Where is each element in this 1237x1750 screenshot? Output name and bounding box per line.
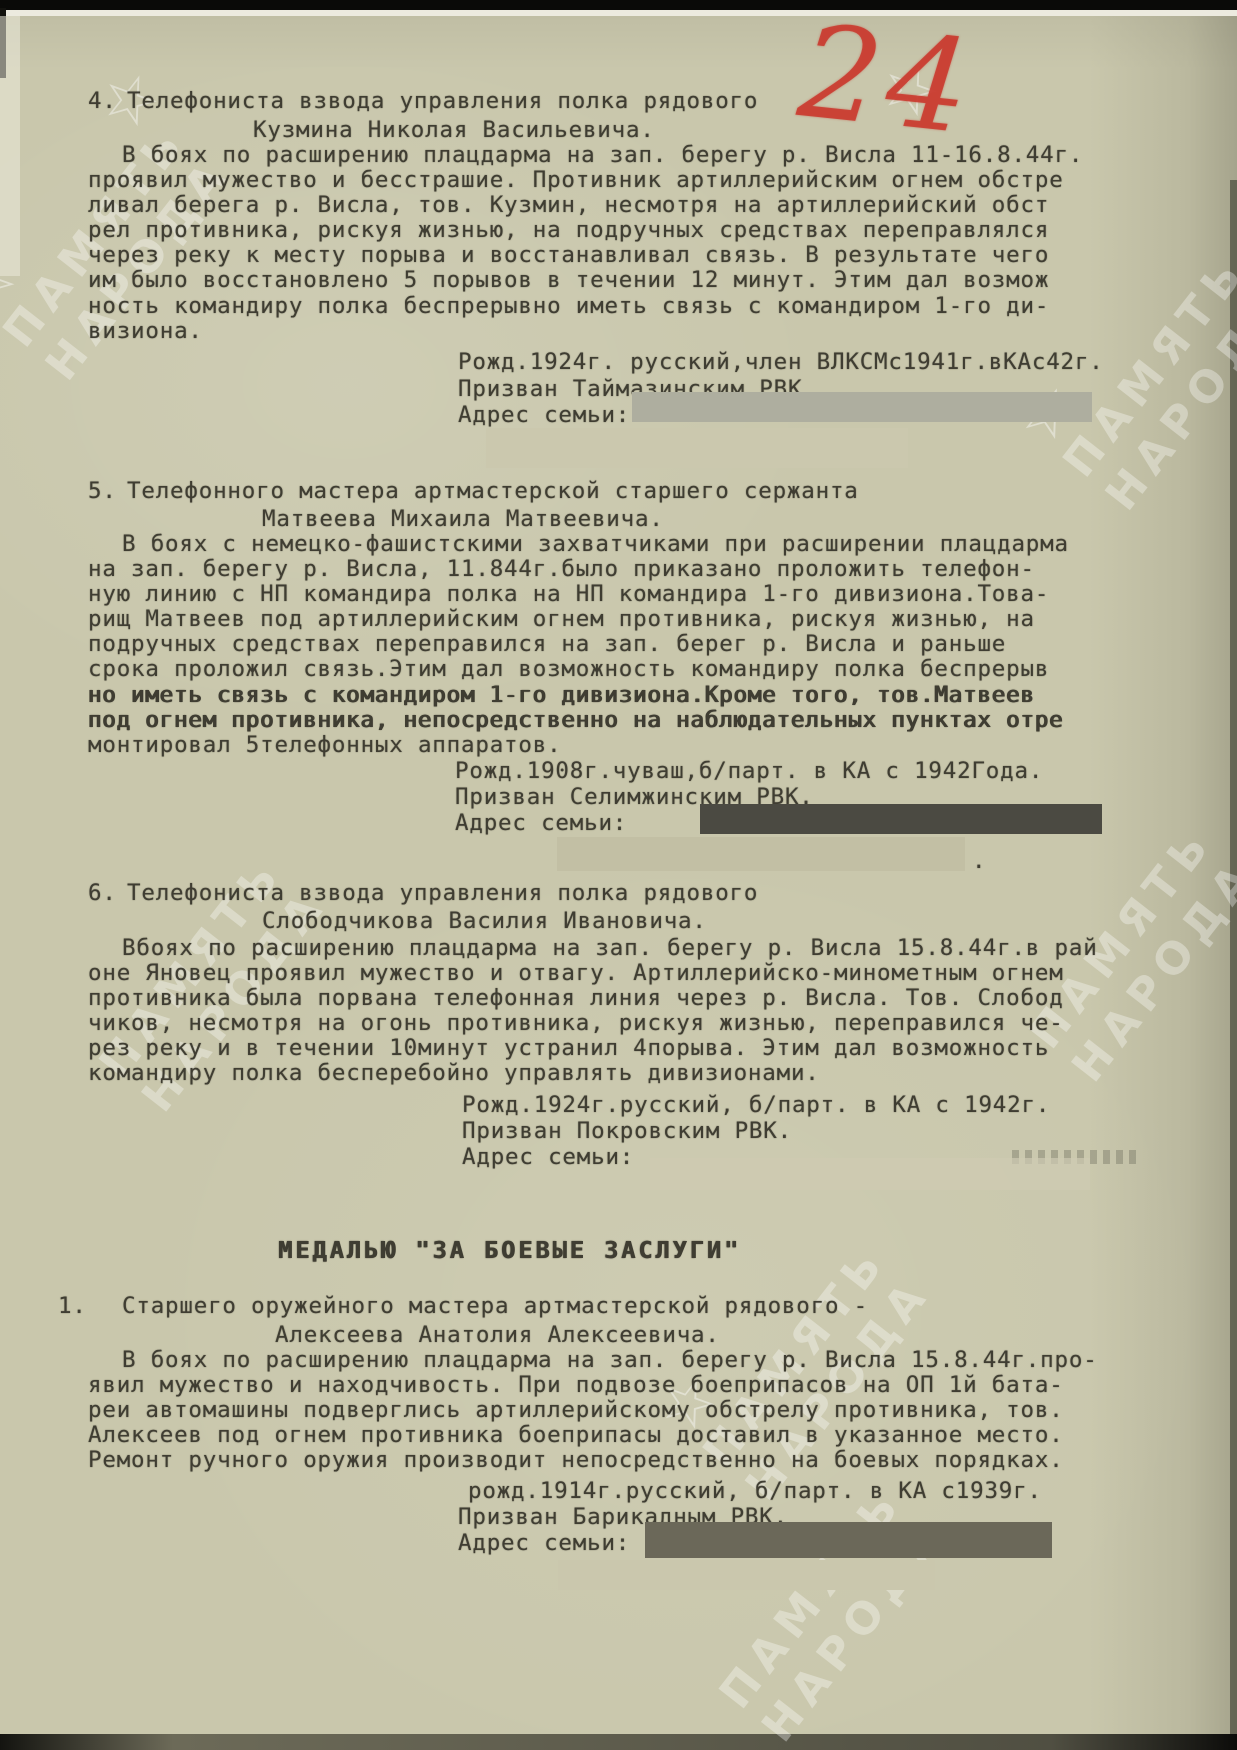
body-line: В боях по расширению плацдарма на зап. б… [88,143,1148,168]
section-body: В боях по расширению плацдарма на зап. б… [88,143,1148,344]
awardee-name: Матвеева Михаила Матвеевича. [262,506,664,532]
body-line: командиру полка бесперебойно управлять д… [88,1061,1148,1086]
body-line: реи автомашины подверглись артиллерийско… [88,1398,1148,1423]
body-line: срока проложил связь.Этим дал возможност… [88,657,1148,682]
birth-line: Рожд.1924г. русский,член ВЛКСМс1941г.вКА… [458,349,1104,375]
body-line: на зап. берегу р. Висла, 11.844г.было пр… [88,557,1148,582]
awardee-name: Алексеева Анатолия Алексеевича. [275,1322,720,1348]
body-line: оне Яновец проявил мужество и отвагу. Ар… [88,961,1148,986]
scan-edge-left-light [0,16,20,276]
body-line: противника была порвана телефонная линия… [88,986,1148,1011]
body-line: В боях по расширению плацдарма на зап. б… [88,1348,1148,1373]
body-line: но иметь связь с командиром 1-го дивизио… [88,683,1148,708]
body-line: рищ Матвеев под артиллерийским огнем про… [88,607,1148,632]
body-line: ность командиру полка беспрерывно иметь … [88,294,1148,319]
scanned-document-page: ☆ ПАМЯТЬ НАРОДА ☆ ☆ ☆ ПАМЯТЬ НАРОДА ПАМЯ… [0,0,1237,1750]
body-line: Вбоях по расширению плацдарма на зап. бе… [88,936,1148,961]
body-line: ливал берега р. Висла, тов. Кузмин, несм… [88,193,1148,218]
address-label: Адрес семьи: [458,1530,630,1556]
redaction-bar [700,804,1102,834]
scan-edge-top [0,0,1237,10]
section-title: Телефониста взвода управления полка рядо… [127,88,758,114]
section-number: 1. [58,1293,87,1319]
redaction-bar-faded [650,1158,1090,1190]
section-title: Телефониста взвода управления полка рядо… [127,880,758,906]
awardee-name: Слободчикова Василия Ивановича. [262,908,707,934]
birth-line: Рожд.1924г.русский, б/парт. в КА с 1942г… [462,1092,1050,1118]
awardee-name: Кузмина Николая Васильевича. [253,117,655,143]
body-line: монтировал 5телефонных аппаратов. [88,733,1148,758]
birth-line: Рожд.1908г.чуваш,б/парт. в КА с 1942Года… [455,758,1043,784]
body-line: визиона. [88,319,1148,344]
section-body: В боях с немецко-фашистскими захватчикам… [88,532,1148,758]
body-line: явил мужество и находчивость. При подвоз… [88,1373,1148,1398]
body-line: проявил мужество и бесстрашие. Противник… [88,168,1148,193]
body-line: В боях с немецко-фашистскими захватчикам… [88,532,1148,557]
redaction-bar [558,1560,935,1590]
address-label: Адрес семьи: [462,1144,634,1170]
section-number: 4. [88,88,117,114]
body-line: рел противника, рискуя жизнью, на подруч… [88,218,1148,243]
redaction-bar [486,428,908,468]
redaction-bar [632,392,1092,422]
body-line: под огнем противника, непосредственно на… [88,708,1148,733]
address-tail: . [972,848,986,874]
body-line: Ремонт ручного оружия производит непосре… [88,1448,1148,1473]
section-number: 5. [88,478,117,504]
body-line: через реку к месту порыва и восстанавлив… [88,243,1148,268]
drafted-line: Призван Покровским РВК. [462,1118,792,1144]
body-line: Алексеев под огнем противника боеприпасы… [88,1423,1148,1448]
body-line: ную линию с НП командира полка на НП ком… [88,582,1148,607]
scan-edge-right [1230,180,1237,1750]
section-body: Вбоях по расширению плацдарма на зап. бе… [88,936,1148,1087]
section-body: В боях по расширению плацдарма на зап. б… [88,1348,1148,1473]
section-title: Старшего оружейного мастера артмастерско… [122,1293,868,1319]
body-line: им было восстановлено 5 порывов в течени… [88,268,1148,293]
section-title: Телефонного мастера артмастерской старше… [127,478,859,504]
redaction-bar [557,837,965,871]
scan-edge-top-white [0,10,1237,16]
scan-edge-bottom [0,1734,1237,1750]
body-line: подручных средствах переправился на зап.… [88,632,1148,657]
address-label: Адрес семьи: [455,810,627,836]
section-number: 6. [88,880,117,906]
birth-line: рожд.1914г.русский, б/парт. в КА с1939г. [468,1478,1042,1504]
redaction-bar [645,1522,1052,1558]
address-label: Адрес семьи: [458,402,630,428]
body-line: рез реку и в течении 10минут устранил 4п… [88,1036,1148,1061]
body-line: чиков, несмотря на огонь противника, рис… [88,1011,1148,1036]
handwritten-page-number: 24 [793,0,982,164]
medal-section-header: МЕДАЛЬЮ "ЗА БОЕВЫЕ ЗАСЛУГИ" [278,1236,741,1264]
